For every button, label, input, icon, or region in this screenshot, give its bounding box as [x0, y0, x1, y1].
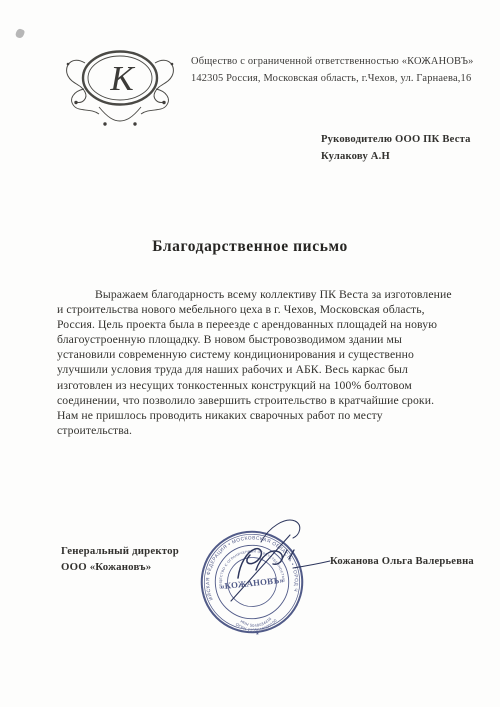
stamp-seal-icon: РОССИЙСКАЯ ФЕДЕРАЦИЯ • МОСКОВСКАЯ ОБЛАСТ… [194, 524, 310, 640]
recipient-line1: Руководителю ООО ПК Веста [321, 131, 471, 148]
logo-letter: К [109, 59, 135, 98]
company-stamp: РОССИЙСКАЯ ФЕДЕРАЦИЯ • МОСКОВСКАЯ ОБЛАСТ… [194, 524, 310, 640]
company-logo: К [60, 45, 180, 131]
stamp-center-text: «КОЖАНОВЪ» [220, 575, 285, 592]
signer-company: ООО «Кожановъ» [61, 559, 179, 575]
body-line: установили современную систему кондицион… [57, 347, 469, 362]
signer-position-block: Генеральный директор ООО «Кожановъ» [61, 543, 179, 575]
body-line: благоустроенную площадку. В новом быстро… [57, 332, 469, 347]
signer-name: Кожанова Ольга Валерьевна [330, 556, 474, 567]
company-name: Общество с ограниченной ответственностью… [191, 53, 481, 70]
logo-ornament-icon: К [60, 45, 180, 131]
recipient-block: Руководителю ООО ПК Веста Кулакову А.Н [321, 131, 471, 165]
company-address: 142305 Россия, Московская область, г.Чех… [191, 70, 481, 87]
scan-artifact-mark [15, 28, 26, 39]
signer-position: Генеральный директор [61, 543, 179, 559]
letter-body: Выражаем благодарность всему коллективу … [57, 287, 469, 438]
body-line: Россия. Цель проекта была в переезде с а… [57, 317, 469, 332]
recipient-line2: Кулакову А.Н [321, 148, 471, 165]
svg-text:РОССИЙСКАЯ ФЕДЕРАЦИЯ • МОСКО: РОССИЙСКАЯ ФЕДЕРАЦИЯ • МОСКОВСКАЯ ОБЛАСТ… [194, 524, 300, 603]
letter-title: Благодарственное письмо [0, 238, 500, 256]
body-line: и строительства нового мебельного цеха в… [57, 302, 469, 317]
scanned-letter-document: К Общество с ограниченной ответственност… [0, 0, 500, 707]
body-line: изготовлен из несущих тонкостенных конст… [57, 378, 469, 393]
body-line: Нам не пришлось проводить никаких свароч… [57, 408, 469, 423]
stamp-outer-ring-text: РОССИЙСКАЯ ФЕДЕРАЦИЯ • МОСКОВСКАЯ ОБЛАСТ… [194, 524, 300, 603]
body-line: улучшили условия труда для наших рабочих… [57, 362, 469, 377]
body-line: строительства. [57, 423, 469, 438]
body-line: Выражаем благодарность всему коллективу … [57, 287, 469, 302]
letterhead: Общество с ограниченной ответственностью… [191, 53, 481, 87]
body-line: соединении, что позволило завершить стро… [57, 393, 469, 408]
